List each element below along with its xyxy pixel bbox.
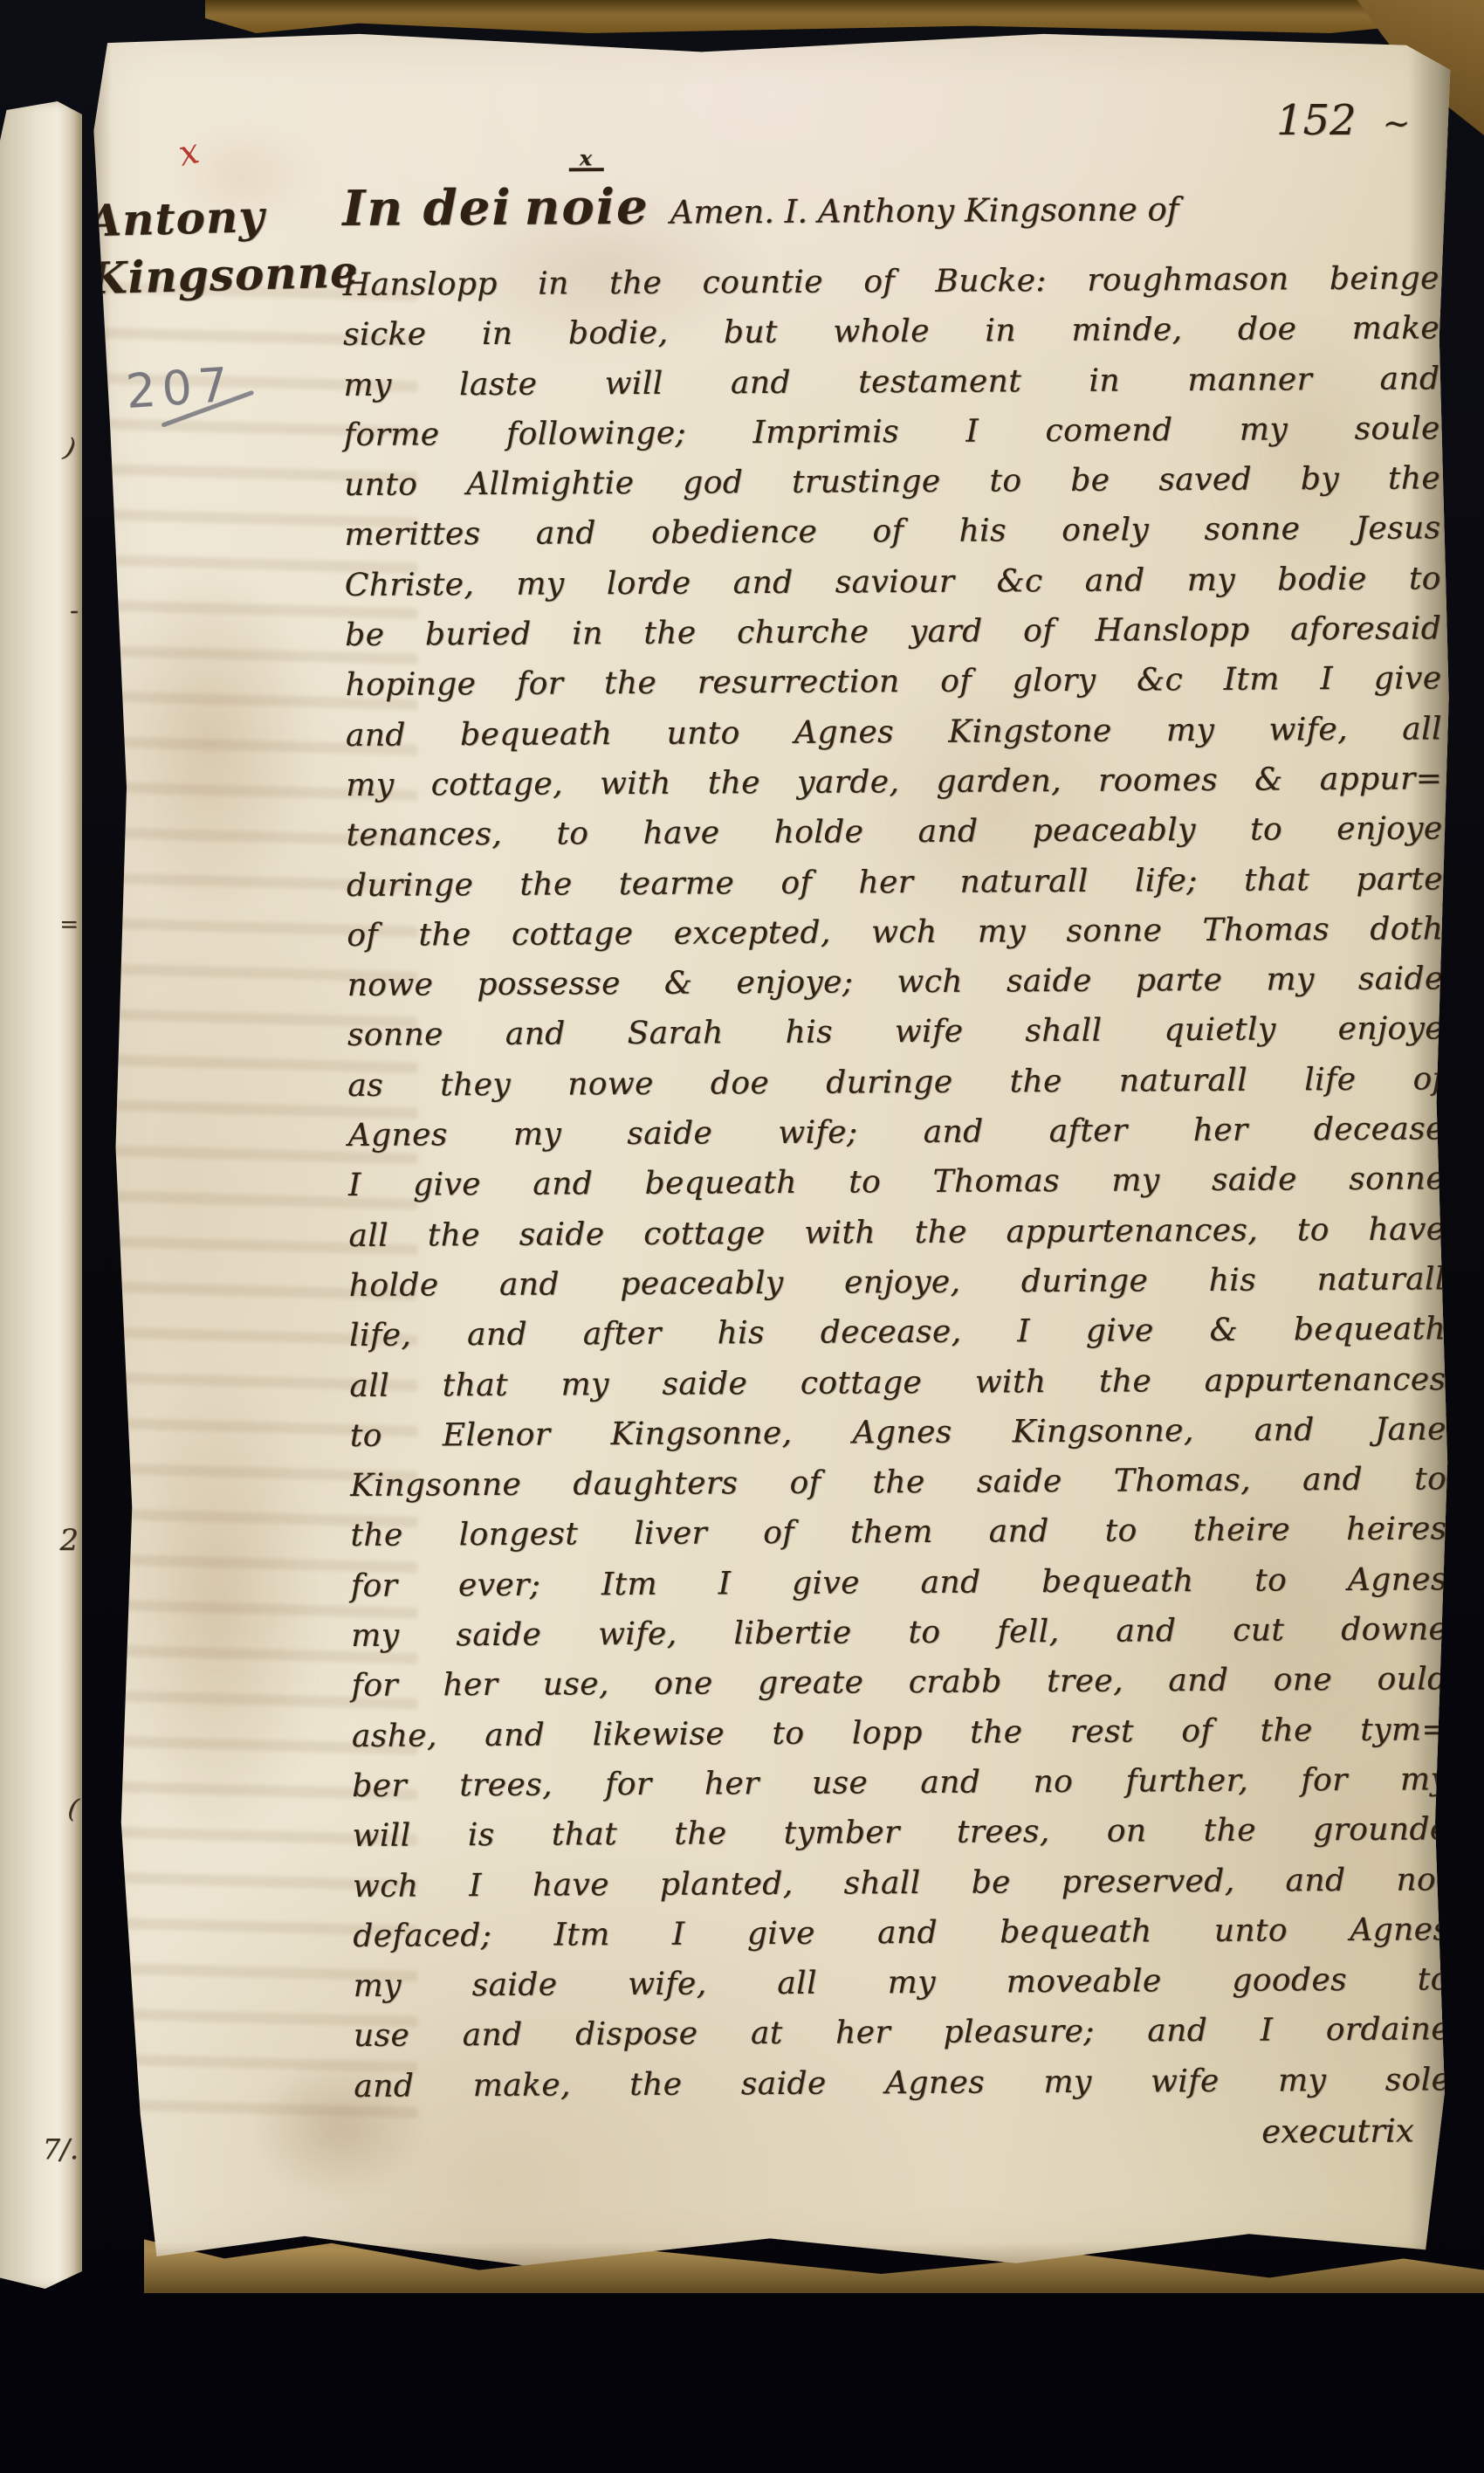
manuscript-line: duringe the tearme of her naturall life;… xyxy=(347,854,1443,911)
will-body-lines: Hanslopp in the countie of Bucke: roughm… xyxy=(343,253,1451,2111)
manuscript-line: all the saide cottage with the appurtena… xyxy=(348,1204,1445,1261)
manuscript-line: unto Allmightie god trustinge to be save… xyxy=(344,454,1440,511)
manuscript-line: for her use, one greate crabb tree, and … xyxy=(351,1655,1447,1712)
manuscript-line: to Elenor Kingsonne, Agnes Kingsonne, an… xyxy=(350,1404,1446,1461)
manuscript-line: of the cottage excepted, wch my sonne Th… xyxy=(347,904,1443,961)
manuscript-line: life, and after his decease, I give & be… xyxy=(349,1305,1446,1361)
closing-word: executrix xyxy=(354,2104,1451,2164)
manuscript-line: sicke in bodie, but whole in minde, doe … xyxy=(343,304,1439,361)
manuscript-line: nowe possesse & enjoye; wch saide parte … xyxy=(347,954,1443,1010)
ink-fragment: 2 xyxy=(59,1523,79,1558)
manuscript-line: ber trees, for her use and no further, f… xyxy=(352,1754,1448,1811)
previous-page-edge: )-=2(7/. xyxy=(0,101,82,2289)
manuscript-line: for ever; Itm I give and bequeath to Agn… xyxy=(351,1554,1447,1611)
invocation-line: In deixnoie Amen. I. Anthony Kingsonne o… xyxy=(342,173,1439,260)
manuscript-page: 152 ~ x Antony Kingsonne : 207 In deixno… xyxy=(86,23,1454,2272)
pencil-number-text: 207 xyxy=(124,355,257,419)
manuscript-line: my cottage, with the yarde, garden, room… xyxy=(346,754,1442,810)
abbreviation-text: noie xyxy=(524,178,649,237)
manuscript-line: Kingsonne daughters of the saide Thomas,… xyxy=(350,1454,1446,1511)
manuscript-line: and bequeath unto Agnes Kingstone my wif… xyxy=(346,704,1442,761)
manuscript-line: merittes and obedience of his onely sonn… xyxy=(344,504,1440,561)
manuscript-photo: )-=2(7/. 152 ~ x Antony Kingsonne : 207 xyxy=(0,0,1484,2473)
margin-testator-name: Antony Kingsonne : xyxy=(86,185,379,366)
manuscript-line: all that my saide cottage with the appur… xyxy=(349,1354,1446,1411)
invocation-prefix: In dei xyxy=(342,179,512,238)
manuscript-line: hopinge for the resurrection of glory &c… xyxy=(345,654,1441,711)
ink-fragment: - xyxy=(70,596,79,626)
ink-fragment: ) xyxy=(61,432,79,465)
nomine-abbreviation: xnoie xyxy=(524,178,649,237)
manuscript-line: and make, the saide Agnes my wife my sol… xyxy=(354,2055,1450,2111)
ink-fragment: = xyxy=(59,912,79,938)
manuscript-line: be buried in the churche yard of Hanslop… xyxy=(345,603,1441,660)
manuscript-line: I give and bequeath to Thomas my saide s… xyxy=(348,1154,1445,1211)
manuscript-line: Agnes my saide wife; and after her decea… xyxy=(348,1104,1445,1161)
manuscript-line: tenances, to have holde and peaceably to… xyxy=(346,804,1442,861)
folio-number-text: 152 xyxy=(1276,96,1357,145)
manuscript-line: sonne and Sarah his wife shall quietly e… xyxy=(347,1004,1444,1061)
manuscript-line: my laste will and testament in manner an… xyxy=(343,354,1439,410)
manuscript-line: as they nowe doe duringe the naturall li… xyxy=(347,1054,1444,1111)
manuscript-line: ashe, and likewise to lopp the rest of t… xyxy=(352,1705,1448,1761)
will-text-block: In deixnoie Amen. I. Anthony Kingsonne o… xyxy=(342,173,1451,2164)
manuscript-line: the longest liver of them and to theire … xyxy=(350,1505,1446,1561)
red-check-mark: x xyxy=(175,131,203,175)
manuscript-line: defaced; Itm I give and bequeath unto Ag… xyxy=(353,1905,1449,1961)
manuscript-line: wch I have planted, shall be preserved, … xyxy=(353,1855,1449,1912)
manuscript-line: Hanslopp in the countie of Bucke: roughm… xyxy=(343,253,1439,310)
book-binding-top-edge xyxy=(205,0,1484,33)
folio-flourish: ~ xyxy=(1383,104,1419,142)
invocation-continuation: Amen. I. Anthony Kingsonne of xyxy=(670,190,1179,231)
abbreviation-mark: x xyxy=(569,148,604,171)
manuscript-line: holde and peaceably enjoye, duringe his … xyxy=(349,1254,1446,1311)
manuscript-line: forme followinge; Imprimis I comend my s… xyxy=(344,403,1440,460)
ink-fragment: ( xyxy=(66,1793,80,1824)
ink-fragment: 7/. xyxy=(43,2132,79,2166)
folio-number: 152 ~ xyxy=(1276,96,1419,145)
pencil-archival-number: 207 xyxy=(124,355,257,417)
manuscript-line: my saide wife, all my moveable goodes to xyxy=(353,1954,1449,2011)
margin-name-line1: Antony xyxy=(86,185,376,251)
manuscript-line: use and dispose at her pleasure; and I o… xyxy=(354,2005,1450,2062)
manuscript-line: will is that the tymber trees, on the gr… xyxy=(352,1804,1448,1861)
manuscript-line: Christe, my lorde and saviour &c and my … xyxy=(345,554,1441,610)
manuscript-line: my saide wife, libertie to fell, and cut… xyxy=(351,1604,1447,1661)
margin-name-line2: Kingsonne : xyxy=(88,243,379,366)
latin-invocation: In deixnoie xyxy=(342,178,649,238)
